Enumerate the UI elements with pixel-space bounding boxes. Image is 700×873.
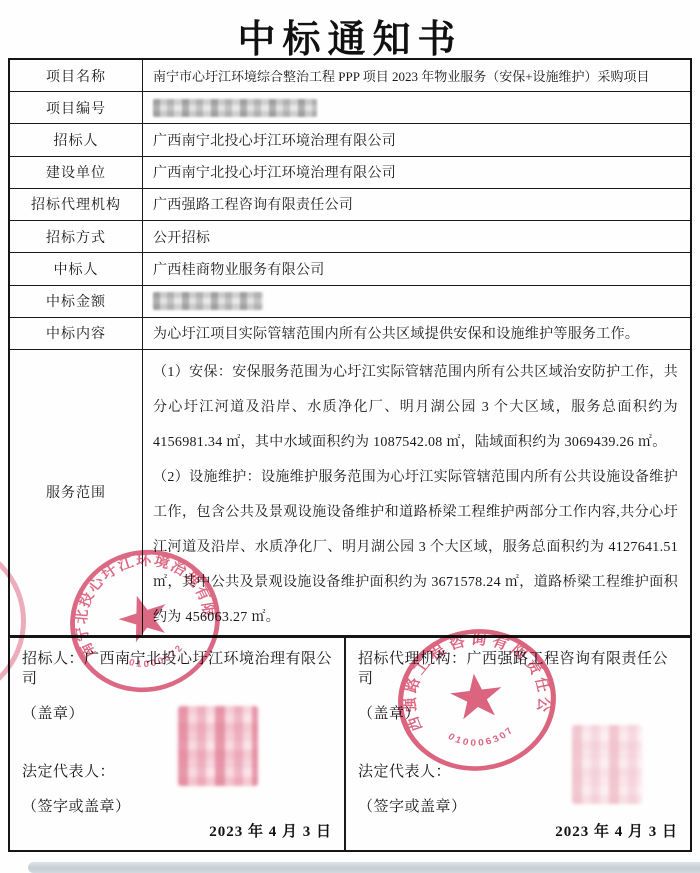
row-value-agency: 广西强路工程咨询有限责任公司 — [143, 189, 690, 220]
row-value-construction-unit: 广西南宁北投心圩江环境治理有限公司 — [143, 157, 690, 188]
row-label-tenderer: 招标人 — [10, 124, 143, 155]
row-value-award-content: 为心圩江项目实际管辖范围内所有公共区域提供安保和设施维护等服务工作。 — [143, 318, 690, 349]
row-value-project-number — [143, 92, 690, 123]
row-label-winner: 中标人 — [10, 253, 143, 284]
award-info-table: 项目名称 南宁市心圩江环境综合整治工程 PPP 项目 2023 年物业服务（安保… — [8, 58, 692, 636]
agency-party-line: 招标代理机构：广西强路工程咨询有限责任公司 — [358, 649, 678, 689]
table-row: 招标人 广西南宁北投心圩江环境治理有限公司 — [10, 124, 690, 156]
agency-seal-note: （盖章） — [358, 704, 678, 724]
table-row: 招标代理机构 广西强路工程咨询有限责任公司 — [10, 189, 690, 221]
service-scope-paragraph-maintenance: （2）设施维护：设施维护服务范围为心圩江实际管辖范围内所有公共设施设备维护工作，… — [153, 460, 678, 635]
blurred-name-stamp-agency — [572, 725, 642, 804]
row-label-service-scope: 服务范围 — [10, 350, 143, 635]
table-row: 项目编号 — [10, 92, 690, 124]
row-label-agency: 招标代理机构 — [10, 189, 143, 220]
row-label-bid-method: 招标方式 — [10, 221, 143, 252]
row-label-award-content: 中标内容 — [10, 318, 143, 349]
tenderer-sign-note: （签字或盖章） — [22, 797, 332, 817]
page-title: 中标通知书 — [0, 8, 700, 63]
row-value-bid-amount — [143, 286, 690, 317]
table-row: 项目名称 南宁市心圩江环境综合整治工程 PPP 项目 2023 年物业服务（安保… — [10, 60, 690, 92]
table-row: 建设单位 广西南宁北投心圩江环境治理有限公司 — [10, 157, 690, 189]
table-row: 中标人 广西桂商物业服务有限公司 — [10, 253, 690, 285]
tenderer-representative-label: 法定代表人： — [22, 762, 332, 782]
tenderer-party-line: 招标人：广西南宁北投心圩江环境治理有限公司 — [22, 649, 332, 689]
blurred-name-stamp-tenderer — [178, 706, 258, 786]
redacted-project-number — [153, 99, 317, 117]
table-row: 招标方式 公开招标 — [10, 221, 690, 253]
row-value-service-scope: （1）安保：安保服务范围为心圩江实际管辖范围内所有公共区域治安防护工作，共分心圩… — [143, 350, 690, 635]
table-row-service-scope: 服务范围 （1）安保：安保服务范围为心圩江实际管辖范围内所有公共区域治安防护工作… — [10, 350, 690, 635]
row-label-project-number: 项目编号 — [10, 92, 143, 123]
row-value-winner: 广西桂商物业服务有限公司 — [143, 253, 690, 284]
agency-date: 2023 年 4 月 3 日 — [555, 820, 678, 841]
row-label-construction-unit: 建设单位 — [10, 157, 143, 188]
redacted-bid-amount — [153, 292, 263, 310]
row-label-project-name: 项目名称 — [10, 60, 143, 91]
row-value-project-name: 南宁市心圩江环境综合整治工程 PPP 项目 2023 年物业服务（安保+设施维护… — [143, 60, 690, 91]
scan-page-edge — [28, 862, 700, 873]
row-value-bid-method: 公开招标 — [143, 221, 690, 252]
row-label-bid-amount: 中标金额 — [10, 286, 143, 317]
row-value-tenderer: 广西南宁北投心圩江环境治理有限公司 — [143, 124, 690, 155]
table-row: 中标金额 — [10, 286, 690, 318]
table-row: 中标内容 为心圩江项目实际管辖范围内所有公共区域提供安保和设施维护等服务工作。 — [10, 318, 690, 350]
service-scope-paragraph-security: （1）安保：安保服务范围为心圩江实际管辖范围内所有公共区域治安防护工作，共分心圩… — [153, 355, 678, 460]
tenderer-seal-note: （盖章） — [22, 704, 332, 724]
document-page: 中标通知书 项目名称 南宁市心圩江环境综合整治工程 PPP 项目 2023 年物… — [0, 0, 700, 873]
tenderer-date: 2023 年 4 月 3 日 — [209, 820, 332, 841]
